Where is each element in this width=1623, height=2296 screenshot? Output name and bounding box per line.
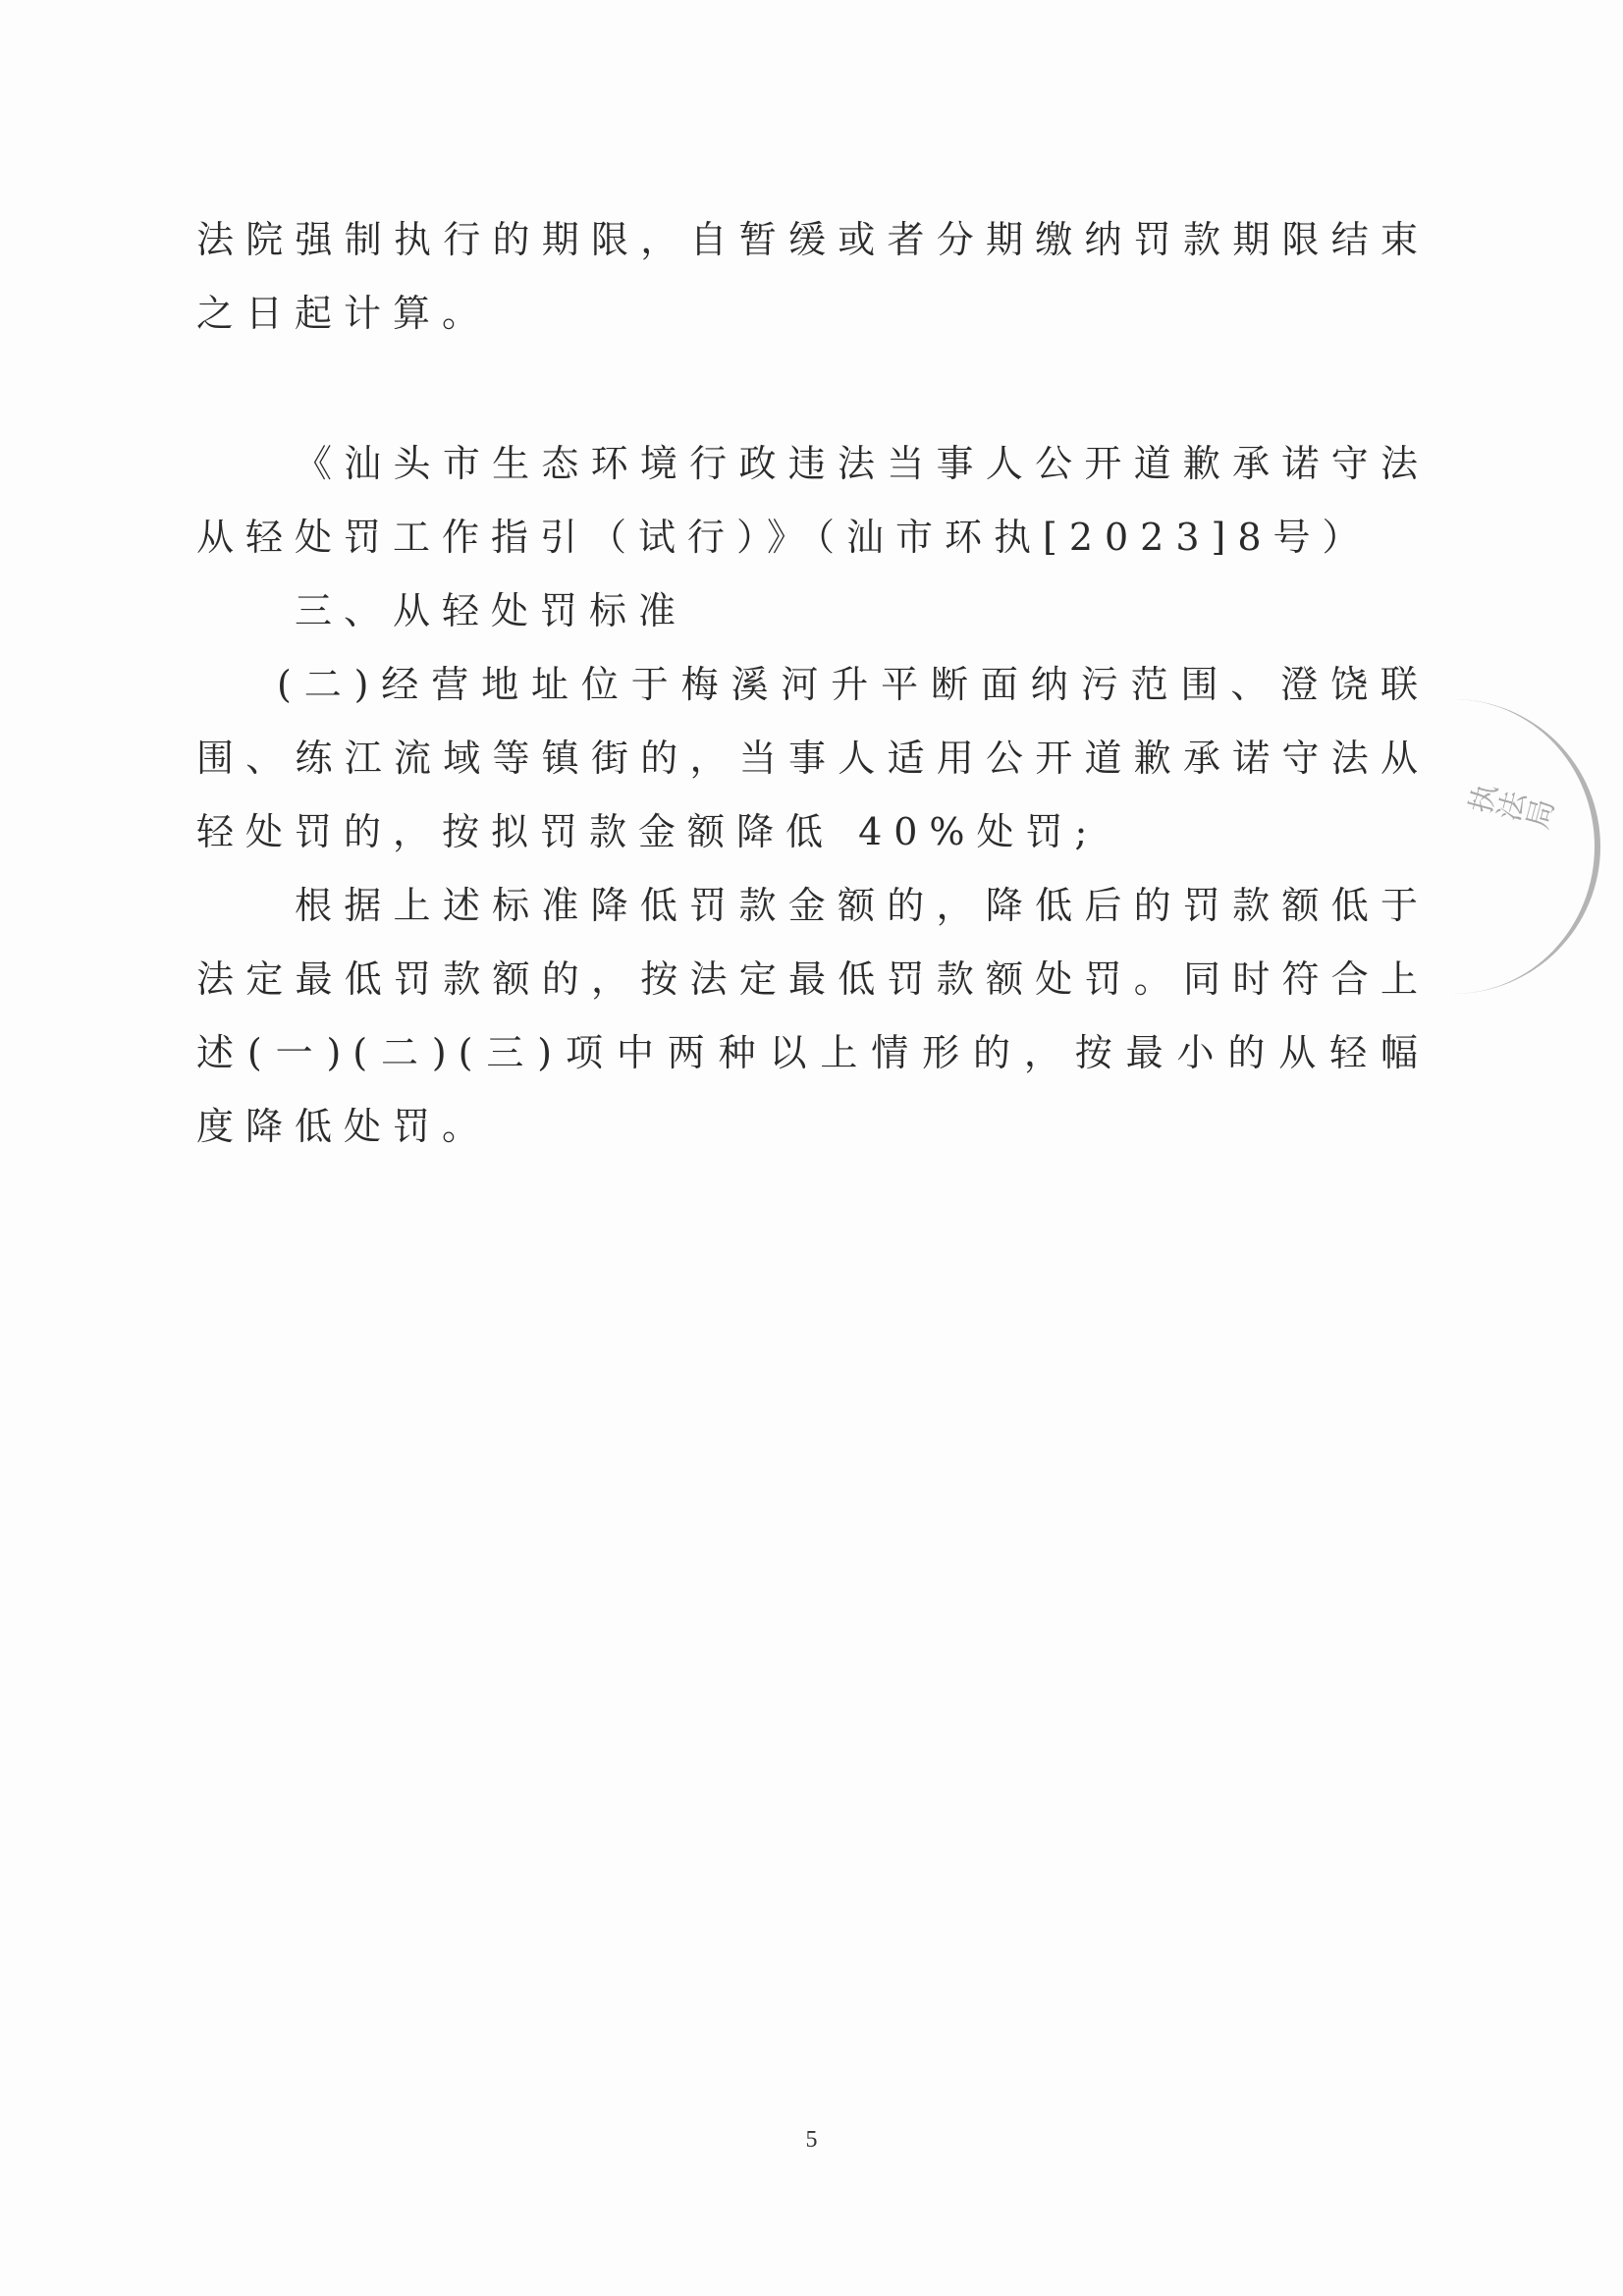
paragraph-enforcement-period: 法院强制执行的期限，自暂缓或者分期缴纳罚款期限结束之日起计算。 xyxy=(196,203,1430,351)
page-number: 5 xyxy=(0,2127,1623,2154)
paragraph-item-two: (二)经营地址位于梅溪河升平断面纳污范围、澄饶联围、练江流域等镇街的，当事人适用… xyxy=(196,648,1430,869)
paragraph-guideline-title: 《汕头市生态环境行政违法当事人公开道歉承诺守法从轻处罚工作指引（试行）》（汕市环… xyxy=(196,427,1430,574)
document-page: 法院强制执行的期限，自暂缓或者分期缴纳罚款期限结束之日起计算。 《汕头市生态环境… xyxy=(0,0,1623,2296)
paragraph-minimum-fine: 根据上述标准降低罚款金额的，降低后的罚款额低于法定最低罚款额的，按法定最低罚款额… xyxy=(196,869,1430,1164)
body-text: 法院强制执行的期限，自暂缓或者分期缴纳罚款期限结束之日起计算。 《汕头市生态环境… xyxy=(196,203,1430,1164)
section-heading: 三、从轻处罚标准 xyxy=(196,574,1430,648)
